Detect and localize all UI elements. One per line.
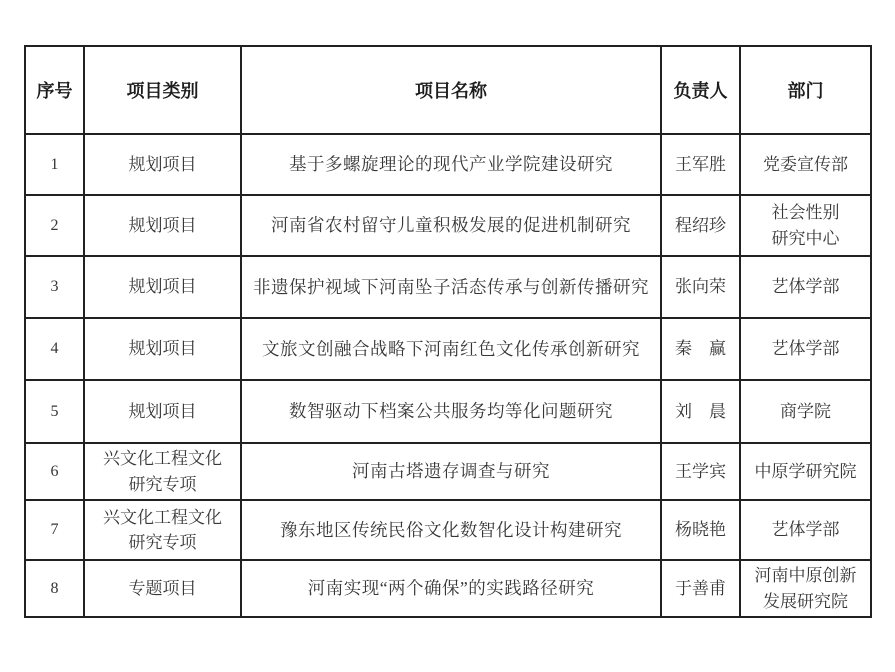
project-name-cell: 河南省农村留守儿童积极发展的促进机制研究 <box>241 195 661 256</box>
serial-cell: 7 <box>25 500 84 560</box>
table-row: 5 规划项目 数智驱动下档案公共服务均等化问题研究 刘 晨 商学院 <box>25 380 871 443</box>
department-cell: 社会性别 研究中心 <box>740 195 871 256</box>
serial-cell: 8 <box>25 560 84 617</box>
table-row: 1 规划项目 基于多螺旋理论的现代产业学院建设研究 王军胜 党委宣传部 <box>25 134 871 195</box>
table-row: 2 规划项目 河南省农村留守儿童积极发展的促进机制研究 程绍珍 社会性别 研究中… <box>25 195 871 256</box>
table-header-row: 序号 项目类别 项目名称 负责人 部门 <box>25 46 871 134</box>
category-cell: 兴文化工程文化 研究专项 <box>84 500 241 560</box>
department-cell: 艺体学部 <box>740 500 871 560</box>
category-cell: 专题项目 <box>84 560 241 617</box>
category-cell: 兴文化工程文化 研究专项 <box>84 443 241 500</box>
category-cell: 规划项目 <box>84 134 241 195</box>
leader-cell: 刘 晨 <box>661 380 740 443</box>
leader-cell: 于善甫 <box>661 560 740 617</box>
table-row: 7 兴文化工程文化 研究专项 豫东地区传统民俗文化数智化设计构建研究 杨晓艳 艺… <box>25 500 871 560</box>
document-page: 序号 项目类别 项目名称 负责人 部门 1 规划项目 基于多螺旋理论的现代产业学… <box>0 0 895 672</box>
serial-cell: 3 <box>25 256 84 318</box>
leader-cell: 王军胜 <box>661 134 740 195</box>
department-cell: 中原学研究院 <box>740 443 871 500</box>
department-cell: 艺体学部 <box>740 256 871 318</box>
header-department: 部门 <box>740 46 871 134</box>
header-project-category: 项目类别 <box>84 46 241 134</box>
serial-cell: 1 <box>25 134 84 195</box>
category-cell: 规划项目 <box>84 318 241 380</box>
project-name-cell: 基于多螺旋理论的现代产业学院建设研究 <box>241 134 661 195</box>
header-project-name: 项目名称 <box>241 46 661 134</box>
leader-cell: 杨晓艳 <box>661 500 740 560</box>
projects-table: 序号 项目类别 项目名称 负责人 部门 1 规划项目 基于多螺旋理论的现代产业学… <box>24 45 872 618</box>
leader-cell: 王学宾 <box>661 443 740 500</box>
table-row: 3 规划项目 非遗保护视域下河南坠子活态传承与创新传播研究 张向荣 艺体学部 <box>25 256 871 318</box>
department-cell: 河南中原创新 发展研究院 <box>740 560 871 617</box>
table-row: 6 兴文化工程文化 研究专项 河南古塔遗存调查与研究 王学宾 中原学研究院 <box>25 443 871 500</box>
project-name-cell: 河南实现“两个确保”的实践路径研究 <box>241 560 661 617</box>
table-row: 4 规划项目 文旅文创融合战略下河南红色文化传承创新研究 秦 赢 艺体学部 <box>25 318 871 380</box>
department-cell: 商学院 <box>740 380 871 443</box>
serial-cell: 4 <box>25 318 84 380</box>
project-name-cell: 豫东地区传统民俗文化数智化设计构建研究 <box>241 500 661 560</box>
project-name-cell: 非遗保护视域下河南坠子活态传承与创新传播研究 <box>241 256 661 318</box>
category-cell: 规划项目 <box>84 380 241 443</box>
department-cell: 艺体学部 <box>740 318 871 380</box>
department-cell: 党委宣传部 <box>740 134 871 195</box>
project-name-cell: 河南古塔遗存调查与研究 <box>241 443 661 500</box>
project-name-cell: 数智驱动下档案公共服务均等化问题研究 <box>241 380 661 443</box>
serial-cell: 2 <box>25 195 84 256</box>
header-leader: 负责人 <box>661 46 740 134</box>
leader-cell: 张向荣 <box>661 256 740 318</box>
category-cell: 规划项目 <box>84 195 241 256</box>
leader-cell: 秦 赢 <box>661 318 740 380</box>
serial-cell: 5 <box>25 380 84 443</box>
leader-cell: 程绍珍 <box>661 195 740 256</box>
table-row: 8 专题项目 河南实现“两个确保”的实践路径研究 于善甫 河南中原创新 发展研究… <box>25 560 871 617</box>
header-serial-number: 序号 <box>25 46 84 134</box>
category-cell: 规划项目 <box>84 256 241 318</box>
project-name-cell: 文旅文创融合战略下河南红色文化传承创新研究 <box>241 318 661 380</box>
serial-cell: 6 <box>25 443 84 500</box>
